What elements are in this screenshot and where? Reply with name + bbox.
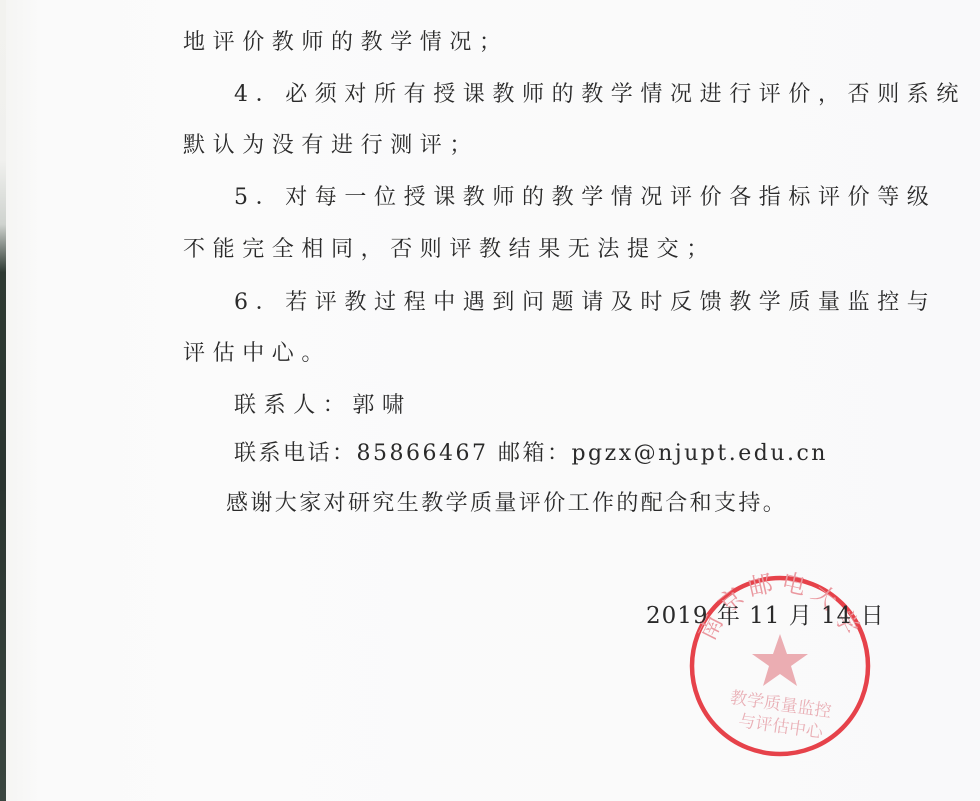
item-4-line-2: 默认为没有进行测评； <box>183 131 479 161</box>
item-5-line-1: 5．对每一位授课教师的教学情况评价各指标评价等级 <box>234 183 936 213</box>
signature-date: 2019 年 11 月 14 日 <box>646 597 885 630</box>
star-icon <box>752 634 808 686</box>
scanned-document-page: 地评价教师的教学情况； 4．必须对所有授课教师的教学情况进行评价，否则系统 默认… <box>0 0 980 801</box>
item-6-line-2: 评估中心。 <box>183 339 331 369</box>
contact-phone-email: 联系电话：85866467 邮箱：pgzx@njupt.edu.cn <box>234 439 828 469</box>
item-5-line-2: 不能完全相同，否则评教结果无法提交； <box>183 235 716 265</box>
item-4-line-1: 4．必须对所有授课教师的教学情况进行评价，否则系统 <box>234 80 966 110</box>
paragraph-3-continuation: 地评价教师的教学情况； <box>183 28 509 58</box>
closing-thanks: 感谢大家对研究生教学质量评价工作的配合和支持。 <box>226 489 787 519</box>
page-binding-edge <box>0 0 6 801</box>
contact-person: 联系人：郭啸 <box>234 391 412 421</box>
item-6-line-1: 6．若评教过程中遇到问题请及时反馈教学质量监控与 <box>234 288 936 318</box>
